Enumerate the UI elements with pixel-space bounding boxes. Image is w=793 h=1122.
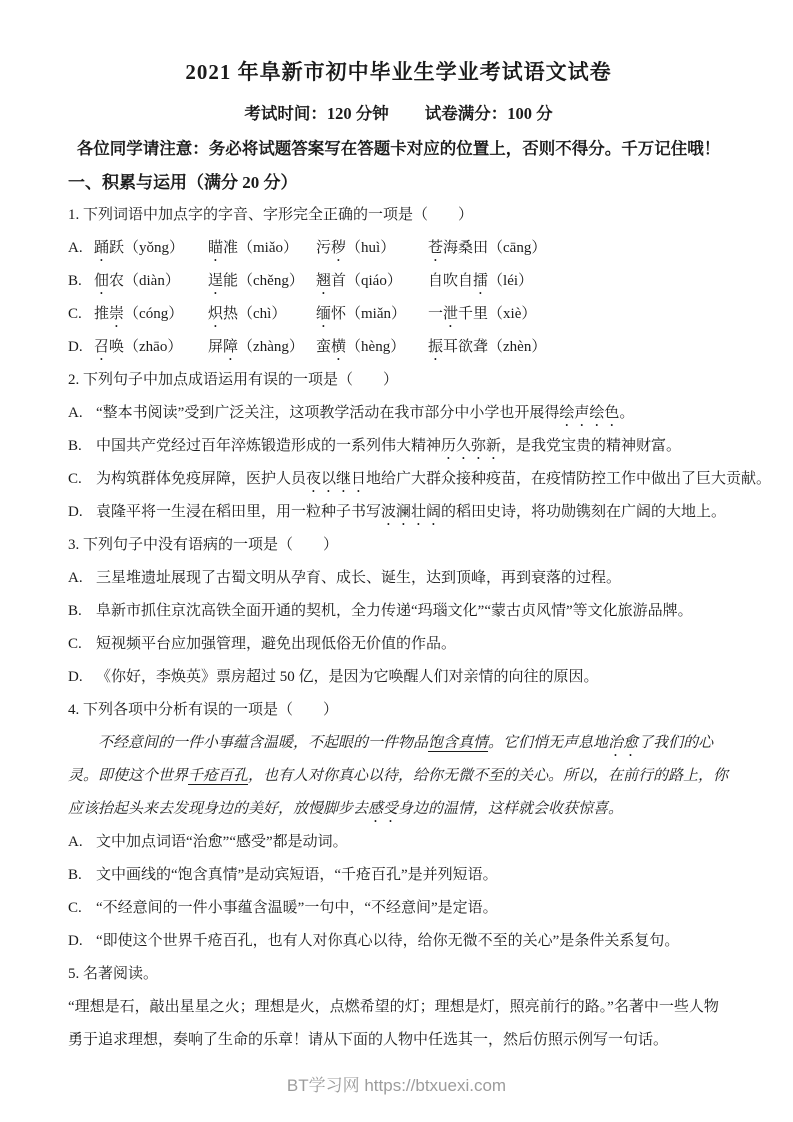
dotted-char: 瞄	[208, 240, 223, 256]
dotted-char: 苍	[428, 240, 443, 256]
option-label: C.	[68, 628, 96, 661]
option-label: D.	[68, 496, 96, 529]
word-rest: （léi）	[488, 273, 533, 289]
option-label: A.	[68, 826, 96, 859]
dotted-idiom: 波澜壮阔	[381, 504, 441, 520]
q1-word: 自吹自擂（léi）	[428, 265, 533, 298]
text-pre: 袁隆平将一生浸在稻田里，用一粒种子书写	[96, 504, 381, 520]
exam-meta-line: 考试时间：120 分钟试卷满分：100 分	[68, 100, 729, 124]
q4-option-d: D. “即使这个世界千疮百孔，也有人对你真心以待，给你无微不至的关心”是条件关系…	[68, 925, 729, 958]
option-text: 文中加点词语“治愈”“感受”都是动词。	[96, 826, 729, 859]
dotted-char: 障	[223, 339, 238, 355]
text-post: 。	[619, 405, 634, 421]
q2-option-a: A. “整本书阅读”受到广泛关注，这项教学活动在我市部分中小学也开展得绘声绘色。	[68, 397, 729, 430]
option-text: 《你好，李焕英》票房超过 50 亿，是因为它唤醒人们对亲情的向往的原因。	[96, 661, 729, 694]
option-label: A.	[68, 397, 96, 430]
q1-word: 一泄千里（xiè）	[428, 298, 536, 331]
exam-title: 2021 年阜新市初中毕业生学业考试语文试卷	[68, 56, 729, 86]
word-rest: （huì）	[346, 240, 395, 256]
q1-word: 佃农（diàn）	[94, 265, 208, 298]
word-rest: 首（qiáo）	[331, 273, 402, 289]
text-pre: 中国共产党经过百年淬炼锻造形成的一系列伟大精神	[96, 438, 441, 454]
dotted-char: 振	[428, 339, 443, 355]
q1-word: 炽热（chì）	[208, 298, 316, 331]
exam-document-page: 2021 年阜新市初中毕业生学业考试语文试卷 考试时间：120 分钟试卷满分：1…	[0, 0, 793, 1122]
word-rest: 千里（xiè）	[458, 306, 536, 322]
q1-row-a: A. 踊跃（yǒng） 瞄准（miǎo） 污秽（huì） 苍海桑田（cāng）	[68, 232, 729, 265]
word-rest: 怀（miǎn）	[331, 306, 406, 322]
passage-text: 身边的温情，这样就会收获惊喜。	[398, 801, 623, 817]
q2-option-c: C. 为构筑群体免疫屏障，医护人员夜以继日地给广大群众接种疫苗，在疫情防控工作中…	[68, 463, 729, 496]
dotted-char: 缅	[316, 306, 331, 322]
q2-stem: 2. 下列句子中加点成语运用有误的一项是（ ）	[68, 364, 729, 397]
word-rest: 海桑田（cāng）	[443, 240, 546, 256]
word-rest: （hèng）	[346, 339, 405, 355]
q1-word: 逞能（chěng）	[208, 265, 316, 298]
q5-stem: 5. 名著阅读。	[68, 958, 729, 991]
exam-notice: 各位同学请注意：务必将试题答案写在答题卡对应的位置上，否则不得分。千万记住哦！	[68, 135, 729, 159]
dotted-char: 翘	[316, 273, 331, 289]
q3-option-b: B. 阜新市抓住京沈高铁全面开通的契机，全力传递“玛瑙文化”“蒙古贞风情”等文化…	[68, 595, 729, 628]
q1-word: 污秽（huì）	[316, 232, 428, 265]
exam-time: 考试时间：120 分钟	[244, 104, 388, 123]
q1-word: 蛮横（hèng）	[316, 331, 428, 364]
option-label: C.	[68, 463, 96, 496]
option-text: 为构筑群体免疫屏障，医护人员夜以继日地给广大群众接种疫苗，在疫情防控工作中做出了…	[96, 463, 771, 496]
q1-word: 翘首（qiáo）	[316, 265, 428, 298]
dotted-char: 佃	[94, 273, 109, 289]
option-text: 三星堆遗址展现了古蜀文明从孕育、成长、诞生，达到顶峰，再到衰落的过程。	[96, 562, 729, 595]
q1-word: 屏障（zhàng）	[208, 331, 316, 364]
q1-word: 苍海桑田（cāng）	[428, 232, 546, 265]
q1-word: 召唤（zhāo）	[94, 331, 208, 364]
q4-option-c: C. “不经意间的一件小事蕴含温暖”一句中，“不经意间”是定语。	[68, 892, 729, 925]
text-pre: “整本书阅读”受到广泛关注，这项教学活动在我市部分中小学也开展得	[96, 405, 559, 421]
q2-option-d: D. 袁隆平将一生浸在稻田里，用一粒种子书写波澜壮阔的稻田史诗，将功勋镌刻在广阔…	[68, 496, 729, 529]
dotted-char: 踊	[94, 240, 109, 256]
word-rest: （zhàng）	[238, 339, 304, 355]
q1-word: 缅怀（miǎn）	[316, 298, 428, 331]
word-rest: 跃（yǒng）	[109, 240, 184, 256]
option-label: B.	[68, 859, 96, 892]
q2-option-b: B. 中国共产党经过百年淬炼锻造形成的一系列伟大精神历久弥新，是我党宝贵的精神财…	[68, 430, 729, 463]
dotted-char: 崇	[109, 306, 124, 322]
q4-option-b: B. 文中画线的“饱含真情”是动宾短语，“千疮百孔”是并列短语。	[68, 859, 729, 892]
passage-text: 。它们悄无声息地	[488, 735, 608, 751]
watermark-footer: BT学习网 https://btxuexi.com	[0, 1071, 793, 1096]
dotted-idiom: 历久弥新	[441, 438, 501, 454]
option-label: D.	[68, 925, 96, 958]
exam-total-score: 试卷满分：100 分	[425, 104, 553, 123]
passage-text: 不经意间的一件小事蕴含温暖，不起眼的一件物品	[98, 735, 428, 751]
word-pre: 污	[316, 240, 331, 256]
dotted-char: 炽	[208, 306, 223, 322]
dotted-char: 横	[331, 339, 346, 355]
q1-word: 踊跃（yǒng）	[94, 232, 208, 265]
option-text: 袁隆平将一生浸在稻田里，用一粒种子书写波澜壮阔的稻田史诗，将功勋镌刻在广阔的大地…	[96, 496, 729, 529]
underlined-phrase: 饱含真情	[428, 735, 488, 751]
dotted-char: 泄	[443, 306, 458, 322]
section-1-heading: 一、积累与运用（满分 20 分）	[68, 168, 729, 193]
dotted-idiom: 绘声绘色	[559, 405, 619, 421]
q3-option-d: D. 《你好，李焕英》票房超过 50 亿，是因为它唤醒人们对亲情的向往的原因。	[68, 661, 729, 694]
option-label: B.	[68, 595, 96, 628]
q4-option-a: A. 文中加点词语“治愈”“感受”都是动词。	[68, 826, 729, 859]
q1-row-c: C. 推崇（cóng） 炽热（chì） 缅怀（miǎn） 一泄千里（xiè）	[68, 298, 729, 331]
q3-stem: 3. 下列句子中没有语病的一项是（ ）	[68, 529, 729, 562]
word-pre: 自吹自	[428, 273, 473, 289]
dotted-char: 擂	[473, 273, 488, 289]
option-label: D.	[68, 661, 96, 694]
option-text: 中国共产党经过百年淬炼锻造形成的一系列伟大精神历久弥新，是我党宝贵的精神财富。	[96, 430, 729, 463]
text-pre: 为构筑群体免疫屏障，医护人员	[96, 471, 306, 487]
option-text: 阜新市抓住京沈高铁全面开通的契机，全力传递“玛瑙文化”“蒙古贞风情”等文化旅游品…	[96, 595, 729, 628]
option-text: “即使这个世界千疮百孔，也有人对你真心以待，给你无微不至的关心”是条件关系复句。	[96, 925, 729, 958]
q1-word: 瞄准（miǎo）	[208, 232, 316, 265]
word-pre: 屏	[208, 339, 223, 355]
q1-row-d: D. 召唤（zhāo） 屏障（zhàng） 蛮横（hèng） 振耳欲聋（zhèn…	[68, 331, 729, 364]
underlined-phrase: 千疮百孔	[188, 768, 248, 784]
dotted-char: 逞	[208, 273, 223, 289]
q4-stem: 4. 下列各项中分析有误的一项是（ ）	[68, 694, 729, 727]
exam-content: 2021 年阜新市初中毕业生学业考试语文试卷 考试时间：120 分钟试卷满分：1…	[0, 0, 793, 1057]
option-label: C.	[68, 298, 94, 331]
word-rest: 能（chěng）	[223, 273, 304, 289]
option-text: 短视频平台应加强管理，避免出现低俗无价值的作品。	[96, 628, 729, 661]
option-label: A.	[68, 562, 96, 595]
dotted-word: 治愈	[608, 735, 638, 751]
dotted-char: 召	[94, 339, 109, 355]
word-pre: 推	[94, 306, 109, 322]
option-label: D.	[68, 331, 94, 364]
option-label: B.	[68, 265, 94, 298]
q5-paragraph: “理想是石，敲出星星之火；理想是火，点燃希望的灯；理想是灯，照亮前行的路。”名著…	[68, 991, 729, 1057]
word-rest: 农（diàn）	[109, 273, 180, 289]
word-rest: 准（miǎo）	[223, 240, 298, 256]
q4-passage: 不经意间的一件小事蕴含温暖，不起眼的一件物品饱含真情。它们悄无声息地治愈了我们的…	[68, 727, 729, 826]
option-text: 文中画线的“饱含真情”是动宾短语，“千疮百孔”是并列短语。	[96, 859, 729, 892]
option-text: “不经意间的一件小事蕴含温暖”一句中，“不经意间”是定语。	[96, 892, 729, 925]
dotted-word: 感受	[368, 801, 398, 817]
option-text: “整本书阅读”受到广泛关注，这项教学活动在我市部分中小学也开展得绘声绘色。	[96, 397, 729, 430]
word-rest: （cóng）	[124, 306, 183, 322]
word-rest: 唤（zhāo）	[109, 339, 182, 355]
word-pre: 一	[428, 306, 443, 322]
text-post: 地给广大群众接种疫苗，在疫情防控工作中做出了巨大贡献。	[366, 471, 771, 487]
text-post: 的稻田史诗，将功勋镌刻在广阔的大地上。	[441, 504, 726, 520]
option-label: C.	[68, 892, 96, 925]
q1-stem: 1. 下列词语中加点字的字音、字形完全正确的一项是（ ）	[68, 199, 729, 232]
q1-word: 推崇（cóng）	[94, 298, 208, 331]
q3-option-c: C. 短视频平台应加强管理，避免出现低俗无价值的作品。	[68, 628, 729, 661]
q1-word: 振耳欲聋（zhèn）	[428, 331, 546, 364]
q3-option-a: A. 三星堆遗址展现了古蜀文明从孕育、成长、诞生，达到顶峰，再到衰落的过程。	[68, 562, 729, 595]
word-pre: 蛮	[316, 339, 331, 355]
option-label: A.	[68, 232, 94, 265]
word-rest: 热（chì）	[223, 306, 286, 322]
dotted-char: 秽	[331, 240, 346, 256]
dotted-idiom: 夜以继日	[306, 471, 366, 487]
option-label: B.	[68, 430, 96, 463]
word-rest: 耳欲聋（zhèn）	[443, 339, 546, 355]
q1-row-b: B. 佃农（diàn） 逞能（chěng） 翘首（qiáo） 自吹自擂（léi）	[68, 265, 729, 298]
text-post: ，是我党宝贵的精神财富。	[501, 438, 681, 454]
